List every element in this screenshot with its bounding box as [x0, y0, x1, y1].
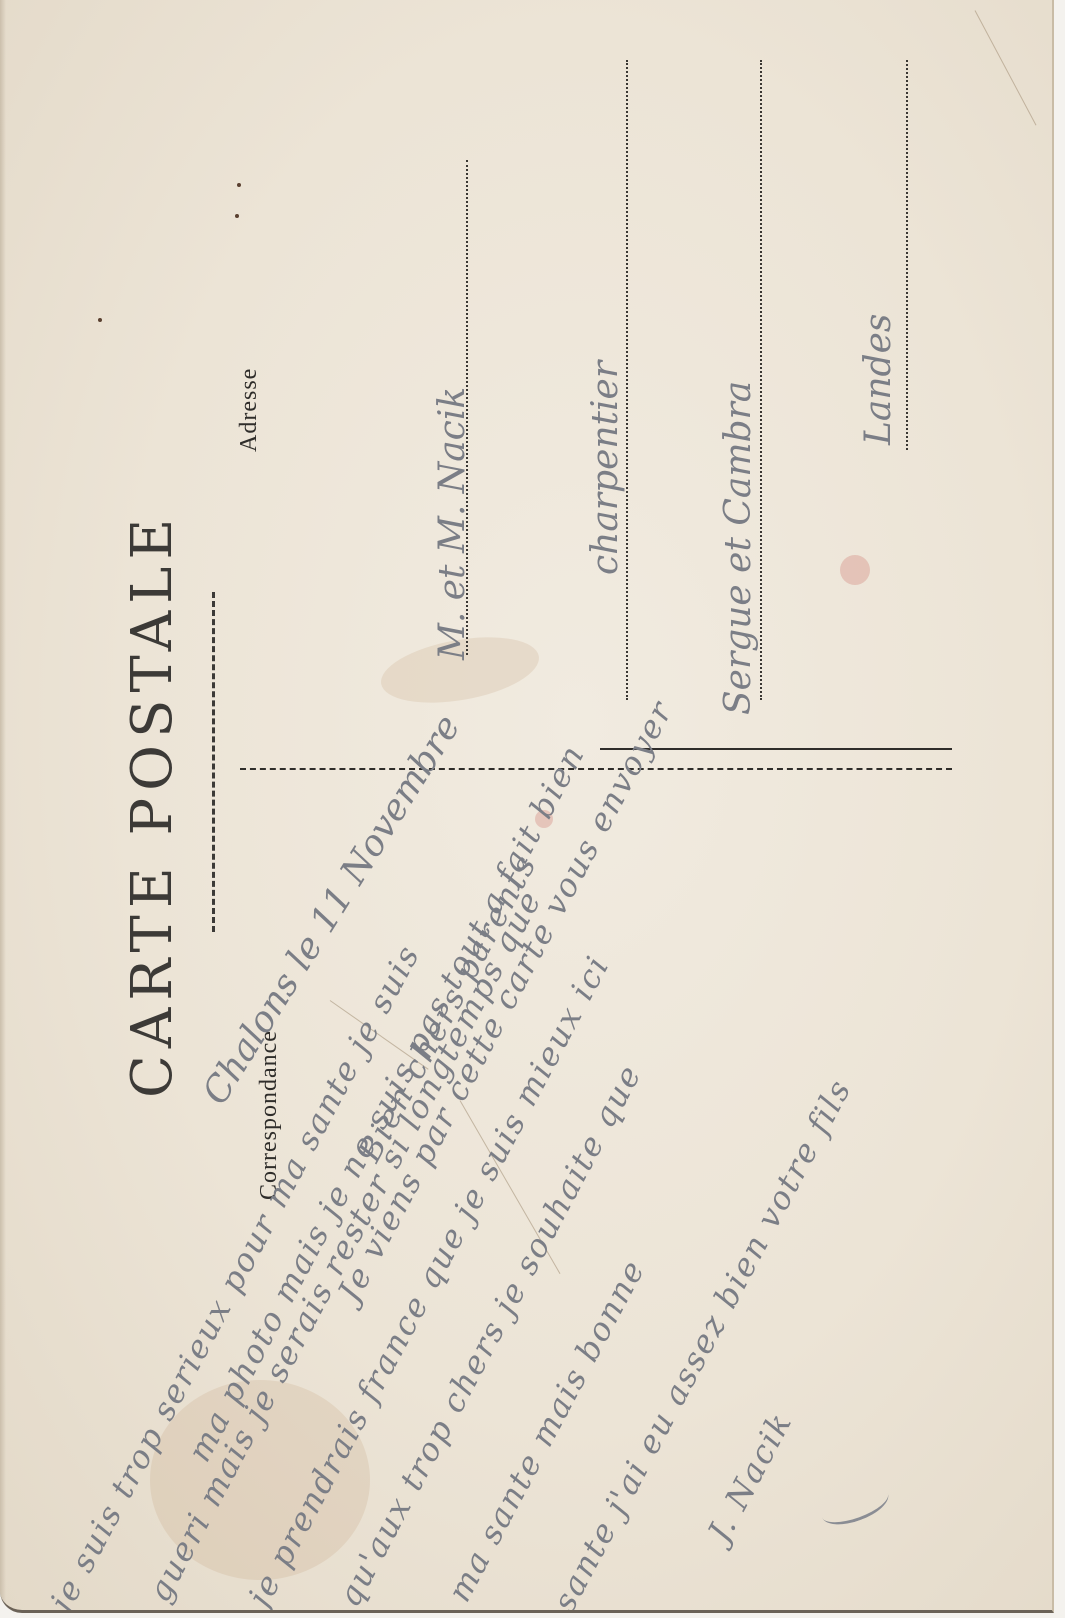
stain — [840, 555, 870, 585]
address-label: Adresse — [236, 368, 263, 452]
card-title: CARTE POSTALE — [120, 512, 185, 1098]
address-recipient: M. et M. Nacik — [432, 387, 473, 660]
address-line-3 — [760, 60, 762, 700]
center-divider — [212, 592, 215, 932]
address-occupation: charpentier — [585, 361, 626, 575]
message-signature: J. Nacik — [700, 1405, 800, 1548]
address-line-2 — [626, 60, 628, 700]
postcard: CARTE POSTALE Adresse Correspondance M. … — [0, 0, 1054, 1613]
ink-speck — [98, 318, 102, 322]
crease — [975, 10, 1037, 125]
address-line-4 — [906, 60, 908, 450]
address-department: Landes — [858, 314, 899, 445]
message-line: ma sante mais bonne — [440, 1253, 653, 1608]
signature-flourish — [817, 1479, 893, 1532]
address-town: Sergue et Cambra — [718, 381, 759, 715]
ink-speck — [235, 214, 239, 218]
section-divider — [240, 768, 952, 770]
card-edge — [0, 0, 6, 1610]
ink-speck — [237, 183, 241, 187]
